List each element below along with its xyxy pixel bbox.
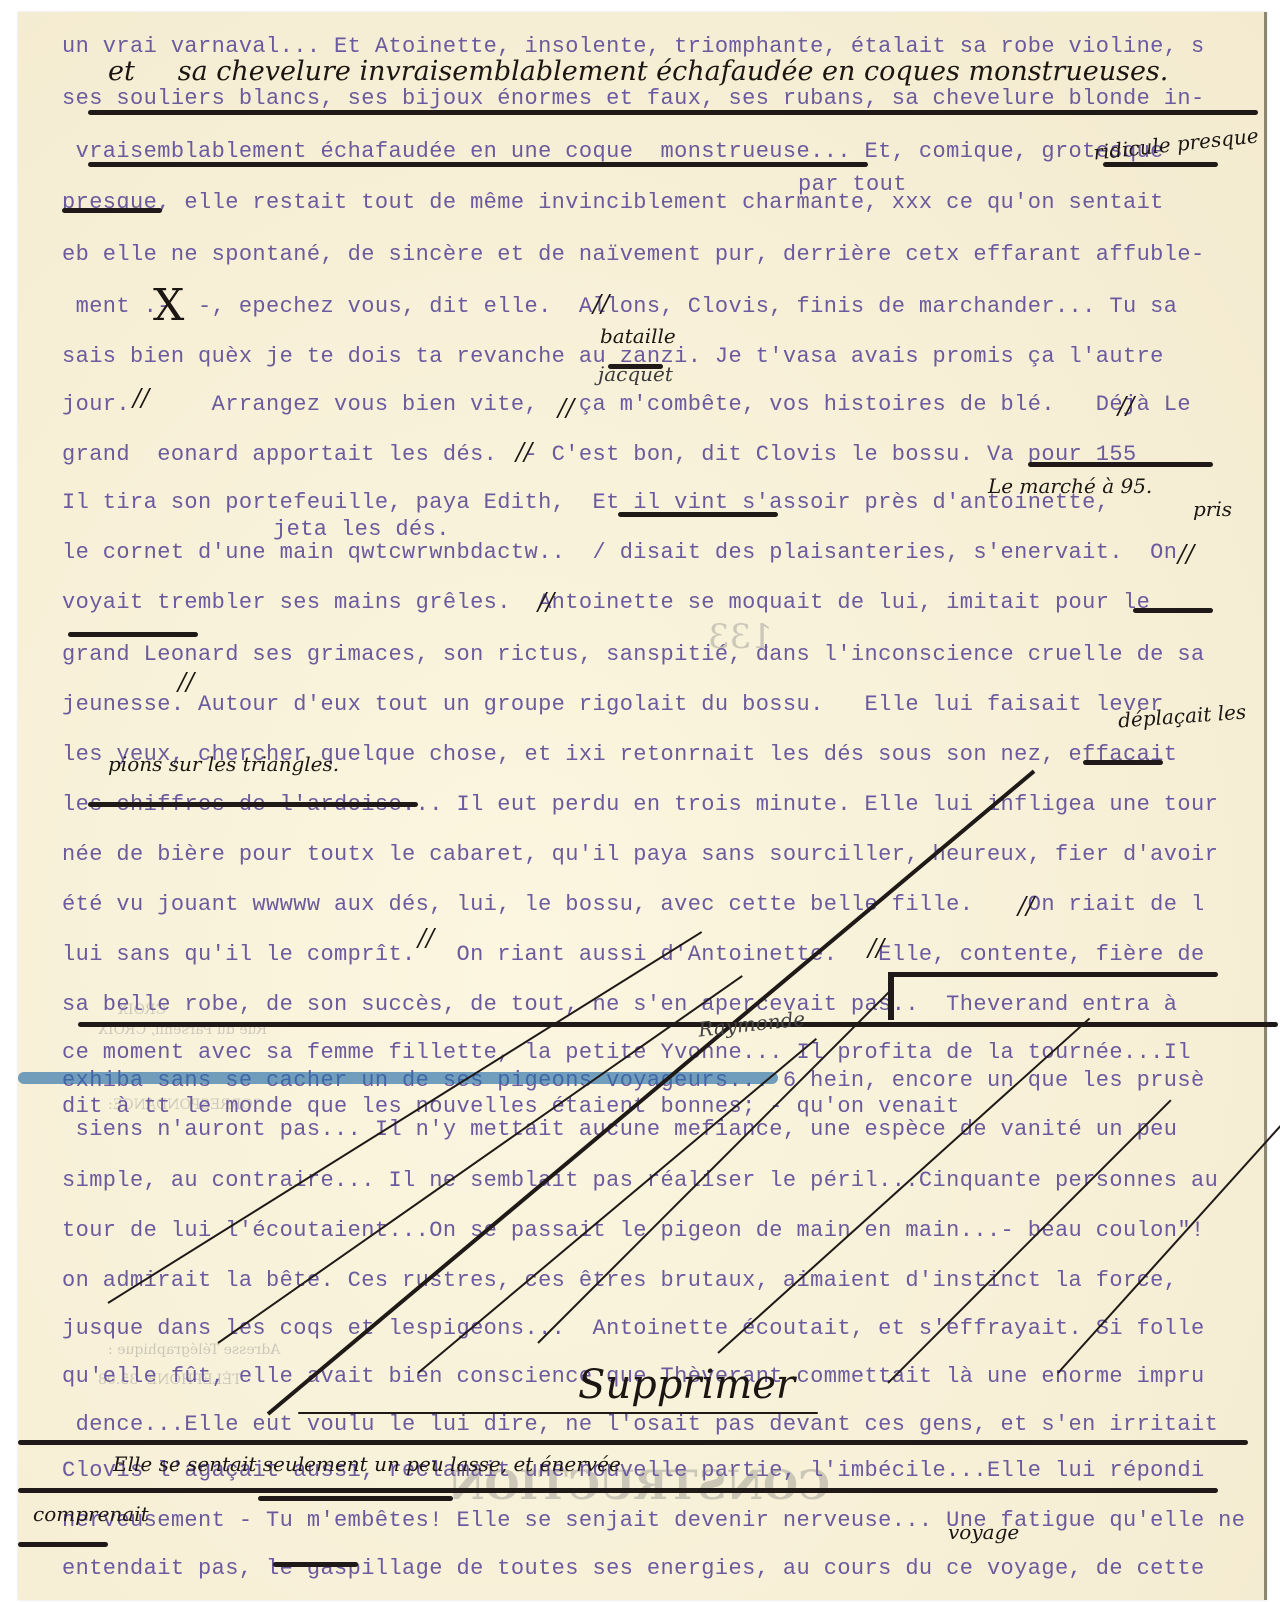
paragraph-mark: //: [593, 290, 609, 318]
handwritten-insertion: comprenait: [33, 1502, 149, 1526]
handwritten-insertion: voyage: [948, 1520, 1019, 1544]
paragraph-mark: //: [418, 924, 434, 952]
strikethrough: [1133, 608, 1213, 613]
handwritten-insertion: Elle se sentait seulement un peu lasse, …: [113, 1452, 621, 1476]
paragraph-mark: //: [1018, 892, 1034, 920]
strikethrough: [78, 1022, 1278, 1027]
paragraph-mark: //: [868, 934, 884, 962]
handwritten-insertion: ridicule presque: [1092, 123, 1259, 164]
strikethrough: [258, 1496, 453, 1501]
strikethrough: [273, 1562, 358, 1567]
strikethrough: [88, 162, 868, 167]
typed-line: presque, elle restait tout de même invin…: [62, 190, 1164, 215]
typed-line: voyait trembler ses mains grêles. Antoin…: [62, 590, 1150, 615]
insertion-bracket: [888, 972, 894, 1020]
typed-insertion: par tout: [798, 172, 907, 197]
typed-line: dit à tt le monde que les nouvelles étai…: [62, 1094, 960, 1119]
insertion-bracket: [888, 972, 1218, 977]
typed-line: ce moment avec sa femme fillette, la pet…: [62, 1040, 1191, 1065]
bleed-through-text: Adresse Télégraphique :: [108, 1342, 280, 1358]
x-mark: X: [153, 280, 184, 331]
paragraph-mark: //: [1178, 540, 1194, 568]
typescript-page: CONSTRUCTION CROIX Rue du Parsenil, CROI…: [18, 12, 1267, 1600]
typed-line: Il tira son portefeuille, paya Edith, Et…: [62, 490, 1109, 515]
paragraph-mark: //: [558, 394, 574, 422]
handwritten-insertion: pris: [1193, 497, 1232, 521]
typed-line: née de bière pour toutx le cabaret, qu'i…: [62, 842, 1218, 867]
typed-line: lui sans qu'il le comprît. On riant auss…: [62, 942, 1205, 967]
strikethrough: [68, 632, 198, 637]
strikethrough: [88, 802, 418, 807]
typed-line: dence...Elle eut voulu le lui dire, ne l…: [62, 1412, 1218, 1437]
strikethrough: [298, 1412, 818, 1414]
handwritten-insertion: et sa chevelure invraisemblablement écha…: [108, 56, 1168, 87]
strikethrough: [18, 1440, 1248, 1445]
typed-line: grand Leonard ses grimaces, son rictus, …: [62, 642, 1205, 667]
paragraph-mark: //: [516, 438, 532, 466]
typed-insertion: jeta les dés.: [273, 517, 450, 542]
strikethrough: [18, 1542, 108, 1547]
typed-line: ses souliers blancs, ses bijoux énormes …: [62, 86, 1205, 111]
typed-line: tour de lui l'écoutaient...On se passait…: [62, 1218, 1205, 1243]
paragraph-mark: //: [133, 384, 149, 412]
typed-line: eb elle ne spontané, de sincère et de na…: [62, 242, 1205, 267]
typed-line: le cornet d'une main qwtcwrwnbdactw.. / …: [62, 540, 1177, 565]
typed-line: sa belle robe, de son succès, de tout, n…: [62, 992, 1177, 1017]
typed-line: jour. Arrangez vous bien vite, ça m'comb…: [62, 392, 1191, 417]
typed-line: on admirait la bête. Ces rustres, ces êt…: [62, 1268, 1177, 1293]
typed-line: jusque dans les coqs et lespigeons... An…: [62, 1316, 1205, 1341]
typed-line: entendait pas, le gaspillage de toutes s…: [62, 1556, 1205, 1581]
strikethrough: [618, 512, 778, 517]
typed-line: simple, au contraire... Il ne semblait p…: [62, 1168, 1218, 1193]
strikethrough: [1028, 462, 1213, 467]
typed-line: jeunesse. Autour d'eux tout un groupe ri…: [62, 692, 1164, 717]
typed-line: vraisemblablement échafaudée en une coqu…: [62, 139, 1164, 164]
handwritten-insertion: Le marché à 95.: [988, 474, 1152, 498]
typed-line: nerveusement - Tu m'embêtes! Elle se sen…: [62, 1508, 1245, 1533]
handwritten-insertion: bataille: [600, 324, 676, 348]
paragraph-mark: //: [538, 588, 554, 616]
handwritten-supprimer: Supprimer: [578, 1362, 795, 1408]
strikethrough: [62, 208, 162, 213]
typed-line: ment .- -, epechez vous, dit elle. Allon…: [62, 294, 1177, 319]
paragraph-mark: //: [178, 668, 194, 696]
strikethrough: [88, 110, 1258, 115]
typed-line: grand eonard apportait les dés. - C'est …: [62, 442, 1137, 467]
handwritten-insertion: jacquet: [598, 362, 673, 386]
strikethrough: [1103, 162, 1218, 167]
strikethrough: [1083, 760, 1163, 765]
handwritten-insertion: pions sur les triangles.: [108, 752, 339, 776]
strikethrough: [18, 1488, 1218, 1493]
paragraph-mark: //: [1118, 392, 1134, 420]
